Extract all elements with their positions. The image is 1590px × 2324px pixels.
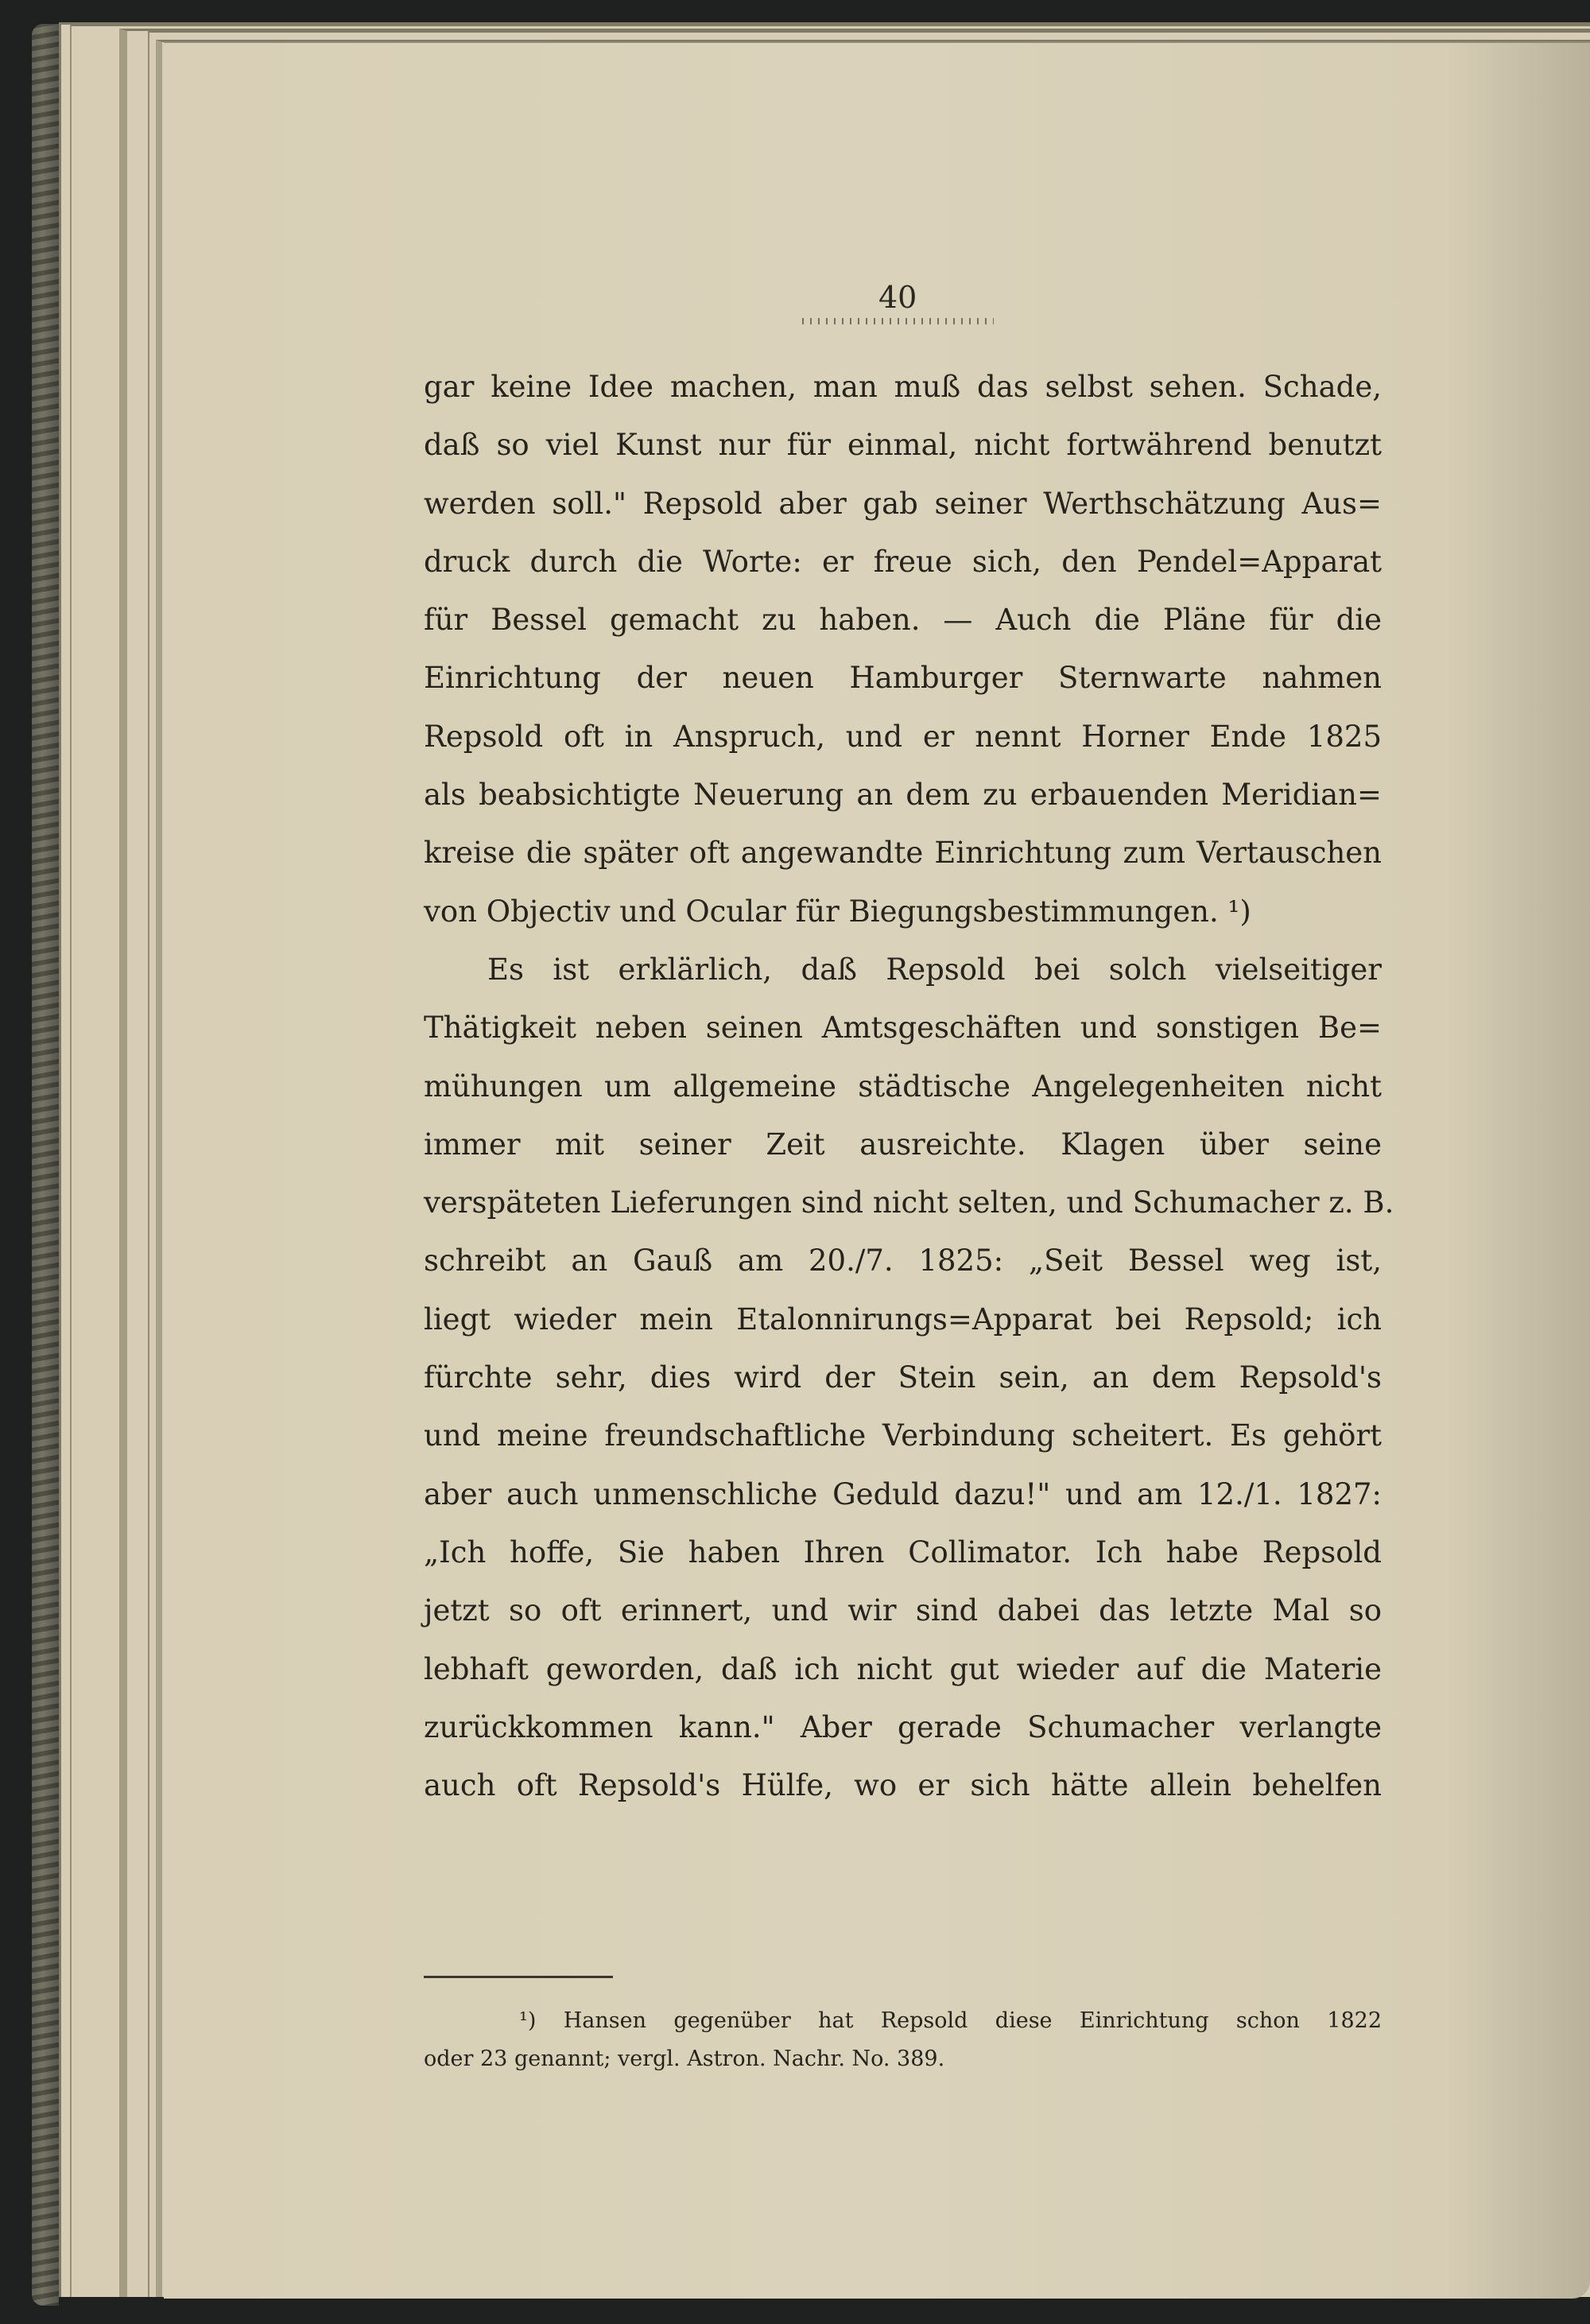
text-line: immer mit seiner Zeit ausreichte. Klagen… xyxy=(424,1115,1382,1174)
text-line: lebhaft geworden, daß ich nicht gut wied… xyxy=(424,1640,1382,1698)
text-line: als beabsichtigte Neuerung an dem zu erb… xyxy=(424,766,1382,824)
text-line: mühungen um allgemeine städtische Angele… xyxy=(424,1057,1382,1115)
text-line: druck durch die Worte: er freue sich, de… xyxy=(424,533,1382,591)
footnote-line: ¹) Hansen gegenüber hat Repsold diese Ei… xyxy=(424,2002,1382,2040)
paragraph-start-line: Es ist erklärlich, daß Repsold bei solch… xyxy=(424,941,1382,999)
text-line: kreise die später oft angewandte Einrich… xyxy=(424,824,1382,882)
text-line: werden soll." Repsold aber gab seiner We… xyxy=(424,475,1382,533)
footnotes: ¹) Hansen gegenüber hat Repsold diese Ei… xyxy=(424,2002,1382,2078)
text-line: zurückkommen kann." Aber gerade Schumach… xyxy=(424,1698,1382,1756)
text-line: verspäteten Lieferungen sind nicht selte… xyxy=(424,1174,1382,1232)
text-line: für Bessel gemacht zu haben. — Auch die … xyxy=(424,591,1382,649)
text-line: und meine freundschaftliche Verbindung s… xyxy=(424,1406,1382,1465)
text-line: liegt wieder mein Etalonnirungs=Apparat … xyxy=(424,1290,1382,1348)
page-number: 40 xyxy=(878,280,917,315)
text-line: „Ich hoffe, Sie haben Ihren Collimator. … xyxy=(424,1523,1382,1581)
text-line: daß so viel Kunst nur für einmal, nicht … xyxy=(424,416,1382,474)
text-line: Repsold oft in Anspruch, und er nennt Ho… xyxy=(424,708,1382,766)
text-line: gar keine Idee machen, man muß das selbs… xyxy=(424,358,1382,416)
book-scan: 40 gar keine Idee machen, man muß das se… xyxy=(0,0,1590,2324)
text-line: Einrichtung der neuen Hamburger Sternwar… xyxy=(424,649,1382,707)
text-line: von Objectiv und Ocular für Biegungsbest… xyxy=(424,883,1382,941)
text-line: fürchte sehr, dies wird der Stein sein, … xyxy=(424,1348,1382,1406)
text-line: schreibt an Gauß am 20./7. 1825: „Seit B… xyxy=(424,1232,1382,1290)
text-line: aber auch unmenschliche Geduld dazu!" un… xyxy=(424,1465,1382,1523)
text-line: jetzt so oft erinnert, und wir sind dabe… xyxy=(424,1581,1382,1639)
body-text: gar keine Idee machen, man muß das selbs… xyxy=(424,358,1382,1814)
marbled-book-edge xyxy=(32,24,59,2306)
text-line: Thätigkeit neben seinen Amtsgeschäften u… xyxy=(424,999,1382,1057)
footnote-line: oder 23 genannt; vergl. Astron. Nachr. N… xyxy=(424,2040,1382,2078)
page-number-wavy-rule xyxy=(799,318,994,324)
text-line: auch oft Repsold's Hülfe, wo er sich hät… xyxy=(424,1756,1382,1814)
footnote-separator xyxy=(424,1976,613,1978)
